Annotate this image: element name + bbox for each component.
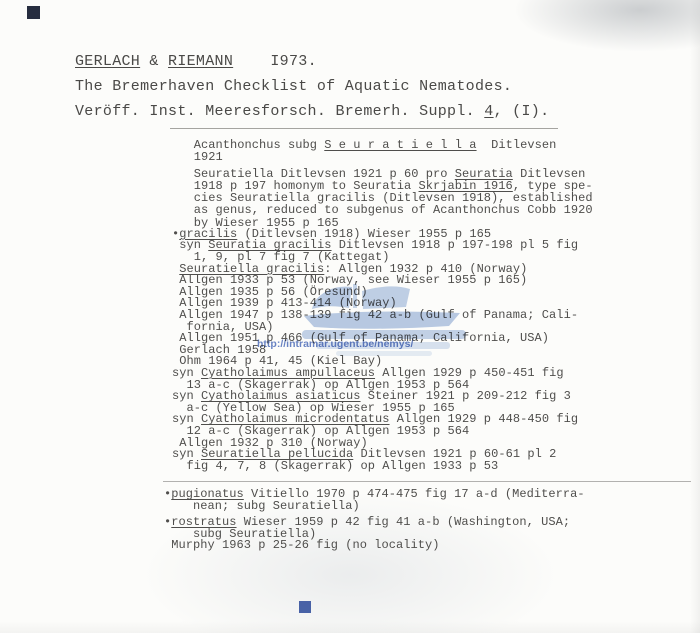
- underlined-text-segment: 4: [484, 103, 493, 120]
- genus-remarks: Seuratiella Ditlevsen 1921 p 60 pro Seur…: [172, 168, 593, 229]
- citation-header: GERLACH & RIEMANN I973. The Bremerhaven …: [75, 49, 549, 124]
- header-rule: [170, 128, 558, 129]
- watermark-url-text: http://intramar.ugent.be/nemys/: [257, 338, 413, 350]
- authors-line: GERLACH & RIEMANN I973.: [75, 49, 549, 74]
- text-segment: Veröff. Inst. Meeresforsch. Bremerh. Sup…: [75, 103, 484, 120]
- text-segment: nean; subg Seuratiella): [164, 499, 360, 513]
- text-segment: I973.: [233, 53, 317, 70]
- genus-heading: Acanthonchus subg S e u r a t i e l l a …: [172, 139, 593, 164]
- section-divider-rule: [163, 481, 691, 482]
- scanned-document-page: GERLACH & RIEMANN I973. The Bremerhaven …: [0, 0, 700, 633]
- species-rostratus: •rostratus Wieser 1959 p 42 fig 41 a-b (…: [164, 517, 593, 552]
- underlined-text-segment: S e u r a t i e l l a: [324, 138, 476, 152]
- journal-source-line: Veröff. Inst. Meeresforsch. Bremerh. Sup…: [75, 99, 549, 124]
- text-line: fig 4, 7, 8 (Skagerrak) op Allgen 1933 p…: [172, 461, 593, 473]
- text-line: Acanthonchus subg S e u r a t i e l l a …: [172, 139, 593, 151]
- text-segment: Ditlevsen: [477, 138, 557, 152]
- scan-bottom-mark-icon: [299, 601, 311, 613]
- underlined-text-segment: GERLACH: [75, 53, 140, 70]
- text-line: 1921: [172, 151, 593, 163]
- text-segment: Murphy 1963 p 25-26 fig (no locality): [164, 538, 440, 552]
- scan-corner-mark-icon: [27, 6, 40, 19]
- underlined-text-segment: RIEMANN: [168, 53, 233, 70]
- checklist-title: The Bremerhaven Checklist of Aquatic Nem…: [75, 74, 549, 99]
- text-segment: , (I).: [494, 103, 550, 120]
- species-pugionatus: •pugionatus Vitiello 1970 p 474-475 fig …: [164, 489, 593, 513]
- text-line: Murphy 1963 p 25-26 fig (no locality): [164, 540, 593, 552]
- text-segment: 1921: [172, 150, 223, 164]
- text-line: nean; subg Seuratiella): [164, 501, 593, 513]
- species-gracilis: •gracilis (Ditlevsen 1918) Wieser 1955 p…: [172, 229, 593, 472]
- text-segment: fig 4, 7, 8 (Skagerrak) op Allgen 1933 p…: [172, 459, 498, 473]
- text-segment: &: [140, 53, 168, 70]
